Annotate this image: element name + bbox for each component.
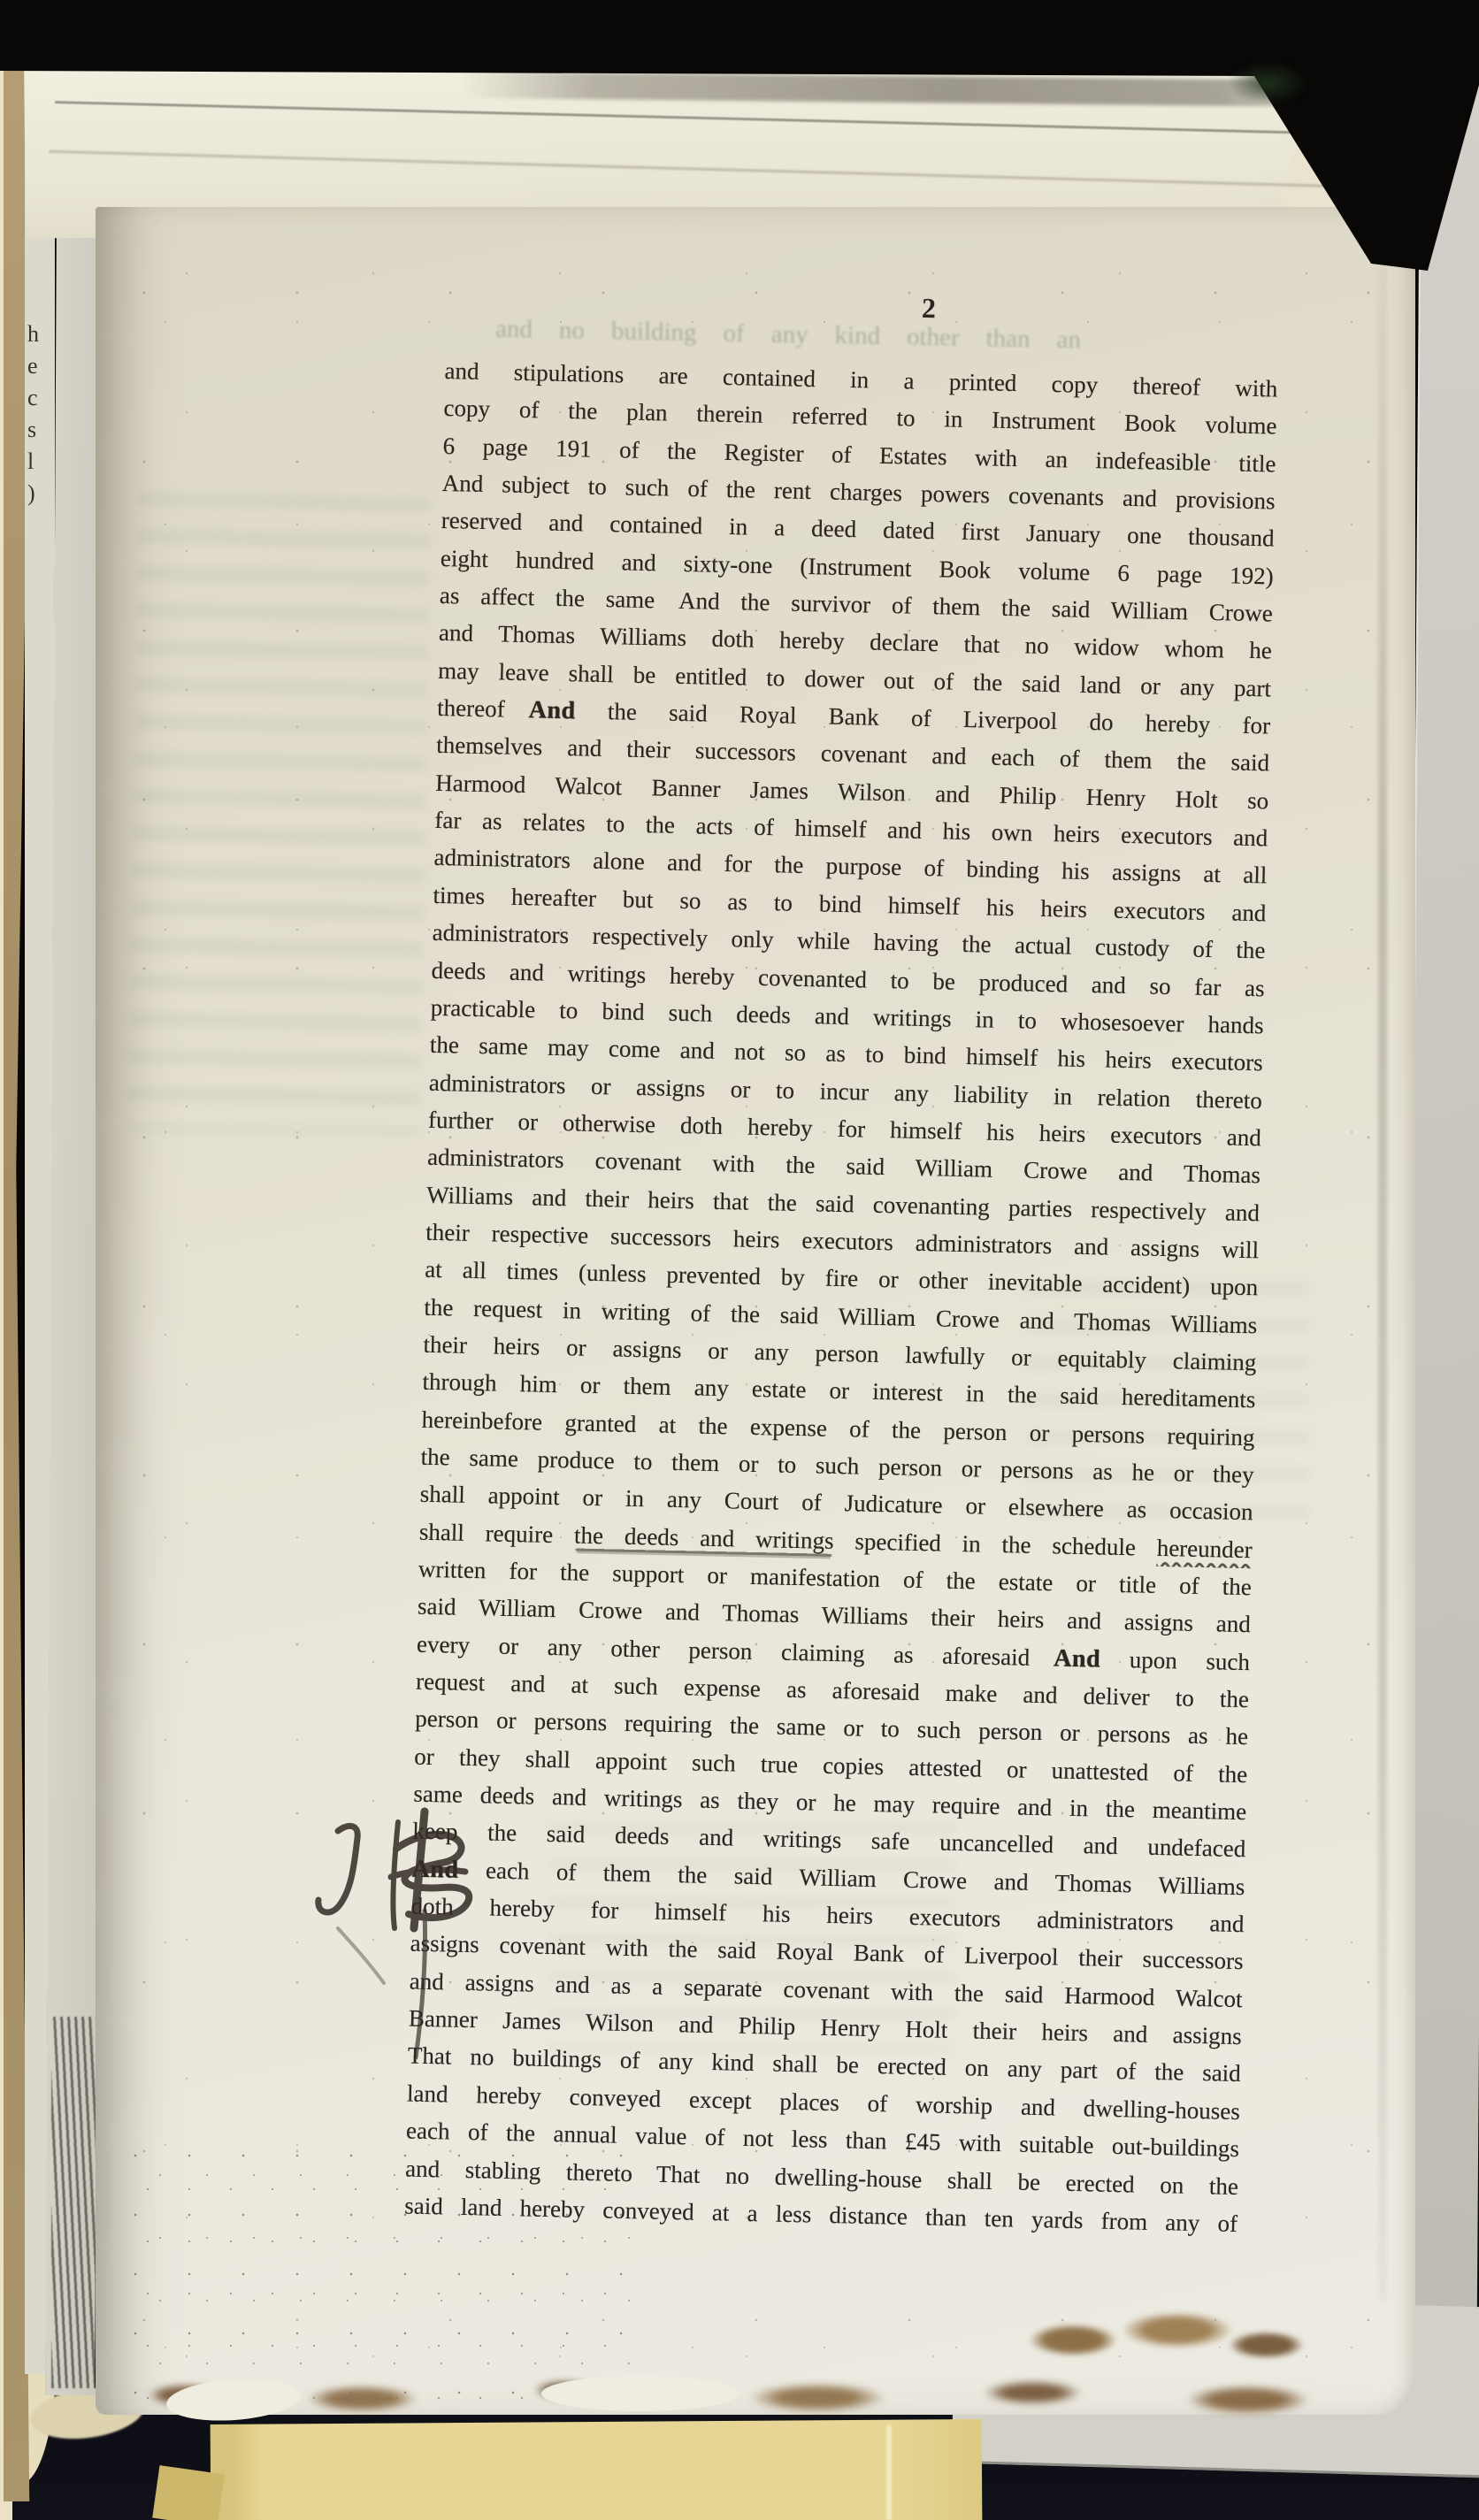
spine-fragment-letter: e xyxy=(27,350,39,382)
spine-fragments: hecsl) xyxy=(27,318,39,509)
spine-fragment-letter: s xyxy=(27,414,39,446)
dark-mark-top-right xyxy=(1228,62,1307,104)
yellow-slip-crease xyxy=(886,2425,892,2520)
torn-paper-bit xyxy=(541,2376,739,2411)
handwritten-annotation xyxy=(292,1796,504,2096)
photographed-book-page: hecsl) and no building of any kind other… xyxy=(0,0,1479,2520)
bleed-through-text xyxy=(127,493,431,1135)
worn-corner-bottom-right xyxy=(1014,2286,1311,2385)
spine-fragment-letter: c xyxy=(27,382,39,414)
spine-fragment-letter: h xyxy=(27,318,39,350)
spine-fragment-letter: l xyxy=(27,446,39,478)
page-edge-streaks-dark xyxy=(51,2017,101,2388)
document-lines: and stipulations are contained in a prin… xyxy=(404,352,1278,2242)
page-number: 2 xyxy=(922,292,937,325)
yellow-slip-fragment xyxy=(152,2465,225,2520)
spine-fragment-letter: ) xyxy=(27,478,39,509)
page-right-crease xyxy=(1378,265,1387,2300)
yellow-slip xyxy=(211,2419,983,2520)
